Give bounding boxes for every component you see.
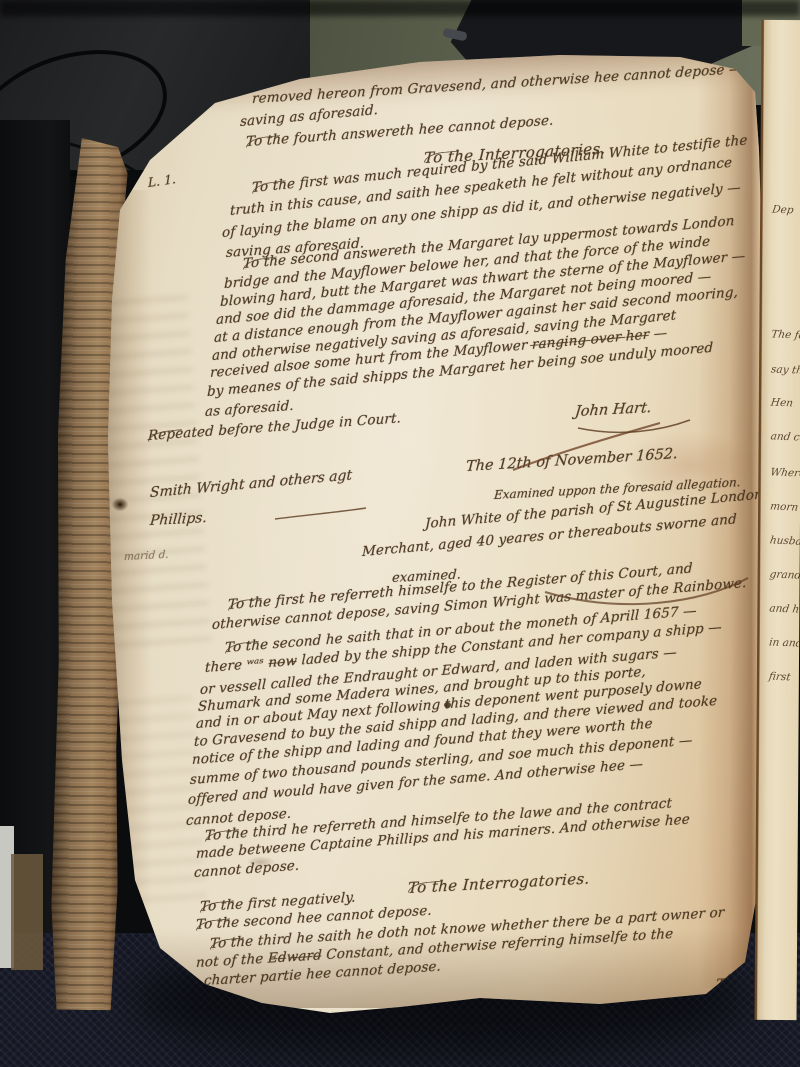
- next-page-fragment: and h: [769, 603, 800, 615]
- next-page-fragment: Dep: [771, 205, 794, 216]
- next-page-fragment: in and: [768, 637, 800, 649]
- next-page-fragment: Hen: [770, 398, 794, 409]
- next-page-fragment: morn: [769, 501, 799, 513]
- next-page-fragment: and co: [770, 431, 800, 443]
- manuscript-line: cannot depose.: [194, 860, 300, 881]
- next-page-fragment: husba: [769, 535, 800, 547]
- manuscript-photo: removed hereon from Gravesend, and other…: [0, 0, 800, 1067]
- next-page-fragment: say th: [770, 364, 800, 376]
- pen-flourish: [225, 641, 259, 654]
- pen-flourish: [200, 900, 234, 912]
- pen-flourish: [252, 180, 286, 193]
- next-page-fragment: The fo: [771, 329, 800, 341]
- next-page-fragment: grand: [769, 569, 800, 581]
- manuscript-line: as aforesaid.: [205, 400, 294, 420]
- next-page-fragment: first: [768, 672, 791, 683]
- next-page-fragment: Where: [770, 467, 800, 479]
- pen-flourish: [205, 829, 239, 842]
- manuscript-line: To the Interrogatories.: [408, 871, 590, 896]
- pen-flourish: [210, 937, 244, 949]
- case-side-note: marid d.: [124, 550, 169, 563]
- manuscript-line: Repeated before the Judge in Court.: [148, 412, 401, 443]
- pen-flourish: [196, 918, 230, 930]
- pen-flourish: [408, 881, 442, 893]
- pen-flourish: [243, 256, 277, 269]
- pen-flourish: [246, 135, 280, 148]
- background-shadow: [0, 0, 800, 16]
- background-strip: [11, 854, 43, 970]
- case-title: Phillips.: [149, 511, 207, 528]
- pen-flourish: [228, 598, 262, 611]
- next-page-text: DepThe fosay thHenand coWheremornhusbagr…: [755, 20, 800, 1020]
- pen-flourish: [148, 429, 182, 442]
- next-page-edge: DepThe fosay thHenand coWheremornhusbagr…: [755, 20, 800, 1020]
